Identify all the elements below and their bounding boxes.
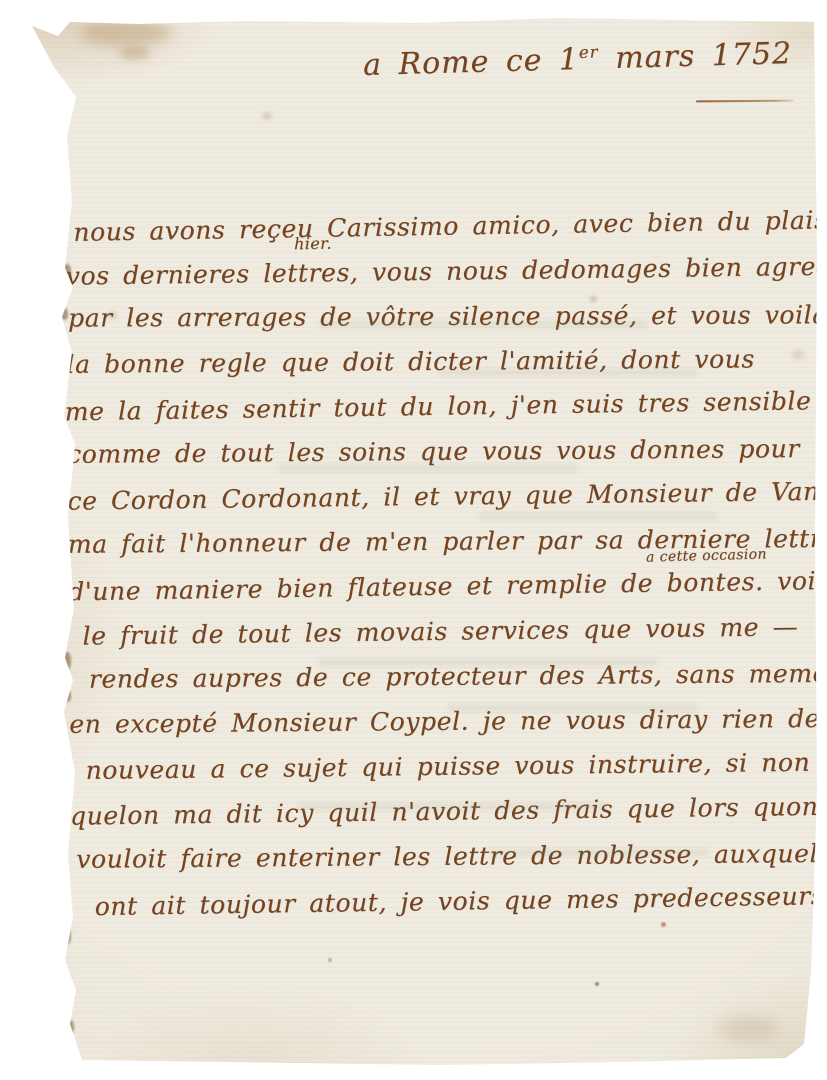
letter-line: comme de tout les soins que vous vous do… bbox=[67, 426, 782, 477]
edge-stain bbox=[62, 928, 71, 944]
fox-spot bbox=[80, 20, 172, 46]
dateline-place-day: a Rome ce 1 bbox=[362, 42, 579, 83]
letter-line: ont ait toujour atout, je vois que mes p… bbox=[94, 874, 810, 930]
fox-spot bbox=[718, 1016, 778, 1042]
letter-photograph: a Rome ce 1er mars 1752 nous avons reçeu… bbox=[0, 0, 827, 1080]
letter-line: vouloit faire enteriner les lettre de no… bbox=[76, 831, 791, 882]
edge-stain bbox=[60, 970, 68, 983]
letter-line: par les arrerages de vôtre silence passé… bbox=[68, 292, 783, 340]
letter-line: ce Cordon Cordonant, il et vray que Mons… bbox=[67, 469, 783, 523]
letter-line: le fruit de tout les movais services que… bbox=[82, 604, 798, 658]
letter-line: me la faites sentir tout du lon, j'en su… bbox=[64, 379, 780, 435]
dateline-underline bbox=[696, 100, 794, 103]
letter-line: vos dernieres lettres, vous nous dedomag… bbox=[65, 244, 781, 298]
fox-spot bbox=[595, 982, 599, 986]
fox-spot bbox=[661, 922, 666, 927]
dateline: a Rome ce 1er mars 1752 bbox=[362, 36, 792, 83]
dateline-month-year: mars 1752 bbox=[598, 36, 792, 76]
edge-stain bbox=[65, 1020, 74, 1034]
interline-insertion-hier: hier. bbox=[294, 234, 332, 254]
letter-line: quelon ma dit icy quil n'avoit des frais… bbox=[70, 784, 786, 838]
letter-line: rendes aupres de ce protecteur des Arts,… bbox=[89, 651, 804, 702]
dateline-ordinal: er bbox=[578, 42, 598, 62]
interline-insertion-occasion: a cette occasion bbox=[646, 546, 767, 565]
letter-page: a Rome ce 1er mars 1752 nous avons reçeu… bbox=[18, 12, 818, 1068]
letter-line: en excepté Monsieur Coypel. je ne vous d… bbox=[69, 696, 784, 747]
letter-line: la bonne regle que doit dicter l'amitié,… bbox=[66, 336, 781, 387]
fox-spot bbox=[328, 958, 332, 962]
fox-spot bbox=[120, 46, 150, 60]
fox-spot bbox=[262, 112, 272, 120]
fox-spot bbox=[792, 350, 804, 359]
